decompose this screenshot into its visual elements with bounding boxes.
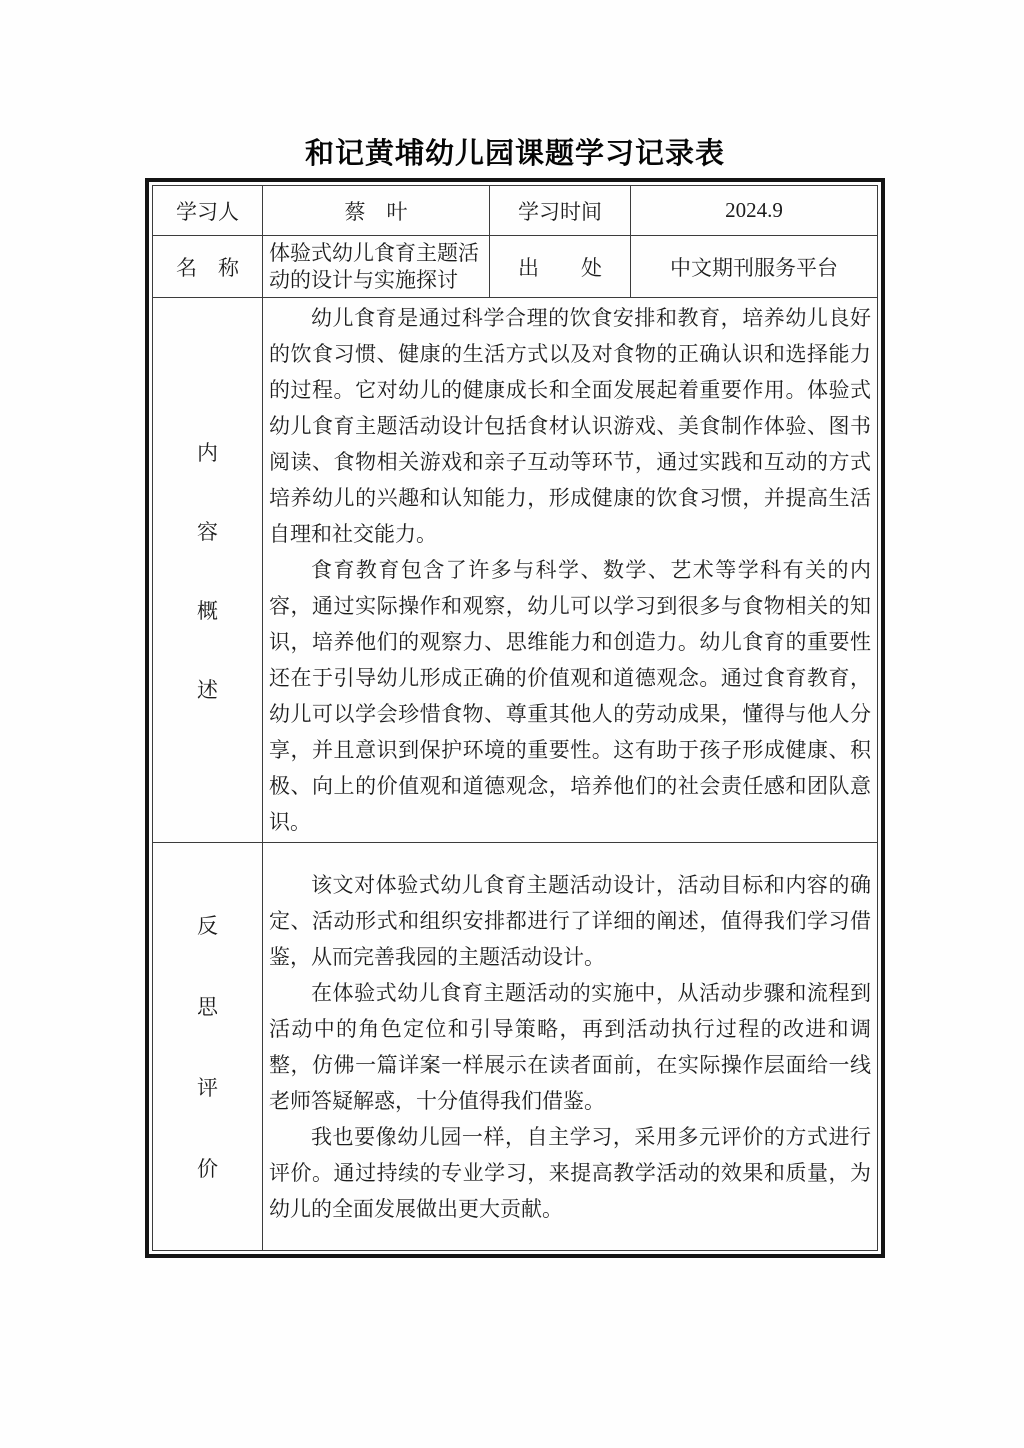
source-label: 出 处 <box>490 236 631 298</box>
learner-label: 学习人 <box>153 186 263 236</box>
table-row: 反 思 评 价 该文对体验式幼儿食育主题活动设计，活动目标和内容的确定、活动形式… <box>153 843 878 1251</box>
summary-label-char: 内 <box>197 437 218 467</box>
study-time-value: 2024.9 <box>631 186 878 236</box>
reflection-paragraph: 该文对体验式幼儿食育主题活动设计，活动目标和内容的确定、活动形式和组织安排都进行… <box>269 867 871 975</box>
summary-label: 内 容 概 述 <box>159 437 256 704</box>
reflection-paragraph: 在体验式幼儿食育主题活动的实施中，从活动步骤和流程到活动中的角色定位和引导策略，… <box>269 975 871 1119</box>
reflection-label: 反 思 评 价 <box>159 910 256 1183</box>
reflection-label-char: 思 <box>197 991 218 1021</box>
table-row: 学习人 蔡 叶 学习时间 2024.9 <box>153 186 878 236</box>
record-table-frame: 学习人 蔡 叶 学习时间 2024.9 名 称 体验式幼儿食育主题活动的设计与实… <box>145 178 885 1258</box>
source-value: 中文期刊服务平台 <box>631 236 878 298</box>
reflection-label-cell: 反 思 评 价 <box>153 843 263 1251</box>
document-page: 和记黄埔幼儿园课题学习记录表 学习人 蔡 叶 学习时间 2024.9 名 称 体… <box>0 0 1024 1448</box>
record-table: 学习人 蔡 叶 学习时间 2024.9 名 称 体验式幼儿食育主题活动的设计与实… <box>152 185 878 1251</box>
reflection-paragraph: 我也要像幼儿园一样，自主学习，采用多元评价的方式进行评价。通过持续的专业学习，来… <box>269 1119 871 1227</box>
name-value: 体验式幼儿食育主题活动的设计与实施探讨 <box>263 236 490 298</box>
table-row: 内 容 概 述 幼儿食育是通过科学合理的饮食安排和教育，培养幼儿良好的饮食习惯、… <box>153 298 878 843</box>
table-row: 名 称 体验式幼儿食育主题活动的设计与实施探讨 出 处 中文期刊服务平台 <box>153 236 878 298</box>
reflection-label-char: 评 <box>197 1072 218 1102</box>
summary-label-char: 概 <box>197 595 218 625</box>
reflection-label-char: 反 <box>197 910 218 940</box>
summary-label-char: 述 <box>197 674 218 704</box>
name-label: 名 称 <box>153 236 263 298</box>
summary-label-cell: 内 容 概 述 <box>153 298 263 843</box>
summary-label-char: 容 <box>197 516 218 546</box>
summary-content-cell: 幼儿食育是通过科学合理的饮食安排和教育，培养幼儿良好的饮食习惯、健康的生活方式以… <box>263 298 878 843</box>
study-time-label: 学习时间 <box>490 186 631 236</box>
reflection-content-cell: 该文对体验式幼儿食育主题活动设计，活动目标和内容的确定、活动形式和组织安排都进行… <box>263 843 878 1251</box>
reflection-label-char: 价 <box>197 1153 218 1183</box>
learner-value: 蔡 叶 <box>263 186 490 236</box>
page-title: 和记黄埔幼儿园课题学习记录表 <box>145 131 885 172</box>
summary-paragraph: 幼儿食育是通过科学合理的饮食安排和教育，培养幼儿良好的饮食习惯、健康的生活方式以… <box>269 300 871 552</box>
summary-paragraph: 食育教育包含了许多与科学、数学、艺术等学科有关的内容，通过实际操作和观察，幼儿可… <box>269 552 871 840</box>
